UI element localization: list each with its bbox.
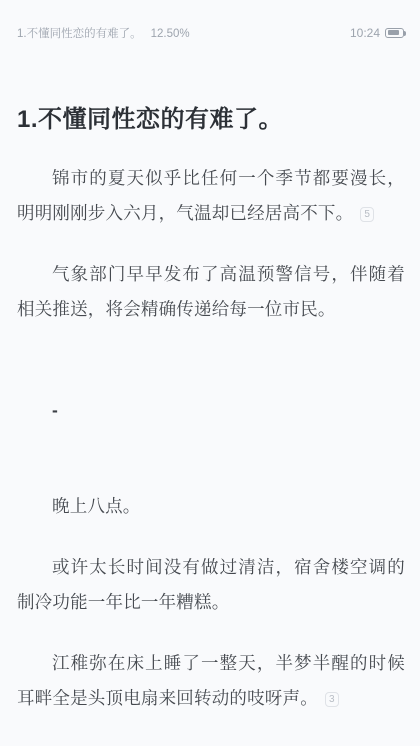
status-bar-right: 10:24 (350, 26, 404, 40)
paragraph: 晚上八点。 (17, 489, 405, 524)
reading-area[interactable]: 1.不懂同性恋的有难了。 锦市的夏天似乎比任何一个季节都要漫长，明明刚刚步入六月… (0, 103, 420, 716)
paragraph-text: 或许太长时间没有做过清洁，宿舍楼空调的制冷功能一年比一年糟糕。 (17, 557, 405, 612)
paragraph-text: 晚上八点。 (52, 496, 141, 516)
paragraph-text: 气象部门早早发布了高温预警信号，伴随着相关推送，将会精确传递给每一位市民。 (17, 264, 405, 319)
paragraph: 气象部门早早发布了高温预警信号，伴随着相关推送，将会精确传递给每一位市民。 (17, 257, 405, 327)
status-time: 10:24 (350, 26, 380, 40)
status-bar-left: 1.不懂同性恋的有难了。 12.50% (17, 25, 190, 41)
chapter-title: 1.不懂同性恋的有难了。 (17, 103, 405, 137)
battery-nub (404, 31, 406, 36)
paragraph-text: 锦市的夏天似乎比任何一个季节都要漫长，明明刚刚步入六月，气温却已经居高不下。 (17, 168, 405, 223)
paragraph: 江稚弥在床上睡了一整天，半梦半醒的时候耳畔全是头顶电扇来回转动的吱呀声。3 (17, 646, 405, 716)
battery-fill (388, 30, 399, 35)
scene-break-divider: - (17, 393, 405, 428)
paragraph: 或许太长时间没有做过清洁，宿舍楼空调的制冷功能一年比一年糟糕。 (17, 550, 405, 620)
reader-screen: 1.不懂同性恋的有难了。 12.50% 10:24 1.不懂同性恋的有难了。 锦… (0, 0, 420, 746)
scene-break-text: - (52, 400, 58, 420)
comment-count-badge[interactable]: 3 (325, 692, 339, 707)
battery-icon (385, 28, 404, 38)
status-chapter-label: 1.不懂同性恋的有难了。 (17, 25, 142, 41)
paragraph-text: 江稚弥在床上睡了一整天，半梦半醒的时候耳畔全是头顶电扇来回转动的吱呀声。 (17, 653, 405, 708)
paragraph: 锦市的夏天似乎比任何一个季节都要漫长，明明刚刚步入六月，气温却已经居高不下。5 (17, 161, 405, 231)
comment-count-badge[interactable]: 5 (360, 207, 374, 222)
status-progress: 12.50% (151, 28, 190, 40)
status-bar: 1.不懂同性恋的有难了。 12.50% 10:24 (0, 0, 420, 45)
